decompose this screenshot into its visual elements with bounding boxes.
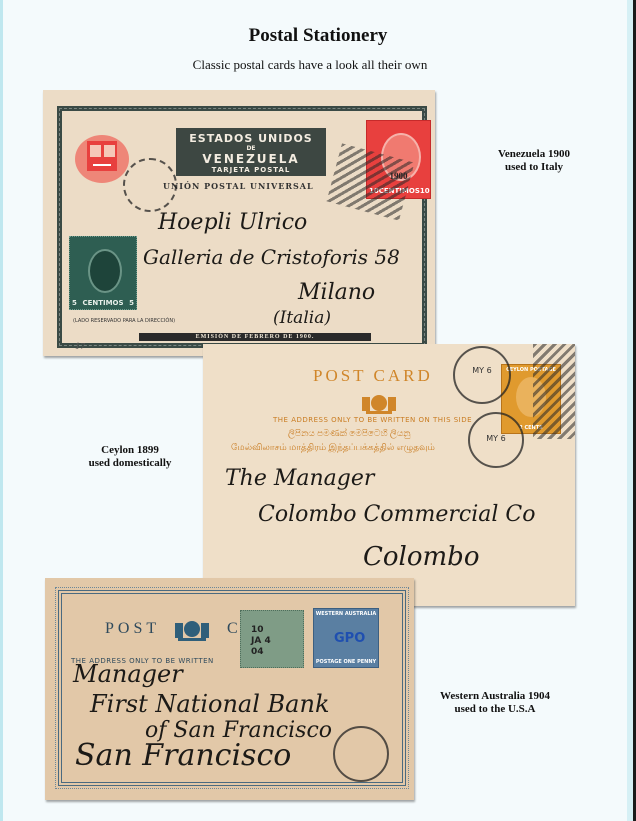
- duplex-cancel: [533, 344, 575, 439]
- caption-line-2: used to the U.S.A: [420, 703, 570, 716]
- address-line-3: Colombo: [363, 542, 479, 572]
- value-right: 5: [129, 299, 134, 307]
- postmark-date: MY 6: [470, 434, 522, 443]
- postmark-line-3: 04: [251, 647, 271, 658]
- stamp-postmark: 10 JA 4 04: [251, 625, 271, 658]
- page-subtitle: Classic postal cards have a look all the…: [0, 57, 620, 73]
- imprinted-stamp: WESTERN AUSTRALIA GPO POSTAGE ONE PENNY: [313, 608, 379, 668]
- added-stamp: 5 CENTIMOS 5: [69, 236, 137, 310]
- address-line-3: Milano: [298, 280, 375, 305]
- value-left: 5: [72, 299, 77, 307]
- issue-line: EMISIÓN DE FEBRERO DE 1900.: [139, 333, 371, 341]
- banner-line-4: TARJETA POSTAL: [176, 166, 326, 174]
- caption-line-1: Western Australia 1904: [420, 690, 570, 703]
- postmark-line-2: JA 4: [251, 636, 271, 647]
- postmark-line-1: 10: [251, 625, 271, 636]
- portrait-icon: [88, 249, 122, 293]
- venezuela-postal-card: ESTADOS UNIDOS DE VENEZUELA TARJETA POST…: [43, 90, 435, 356]
- banner-line-2: DE: [176, 145, 326, 152]
- coat-of-arms-icon: [73, 125, 131, 185]
- address-note: (LADO RESERVADO PARA LA DIRECCIÓN): [73, 318, 175, 324]
- address-line-2: First National Bank: [90, 690, 329, 718]
- address-line-1: The Manager: [225, 466, 374, 491]
- stamp-value: POSTAGE ONE PENNY: [314, 659, 378, 665]
- caption-ceylon: Ceylon 1899 used domestically: [60, 444, 200, 470]
- address-line-4: San Francisco: [75, 738, 291, 773]
- caption-line-1: Ceylon 1899: [60, 444, 200, 457]
- sinhala-instruction: ලිපිනය පමණක් මෙපිටෙහි ලියනු: [288, 428, 411, 439]
- postmark: [123, 158, 177, 212]
- caption-line-2: used domestically: [60, 457, 200, 470]
- postmark-date: MY 6: [455, 366, 509, 375]
- card-heading-right: C: [227, 620, 238, 638]
- receiving-postmark: [333, 726, 389, 782]
- address-instruction: THE ADDRESS ONLY TO BE WRITTEN ON THIS S…: [273, 416, 472, 424]
- western-australia-postal-card: POST C THE ADDRESS ONLY TO BE WRITTEN 10…: [45, 578, 414, 800]
- page-left-edge: [0, 0, 3, 821]
- postmark-top: MY 6: [453, 346, 511, 404]
- added-stamp: 10 JA 4 04: [240, 610, 304, 668]
- stamp-cancel: GPO: [334, 631, 365, 646]
- caption-venezuela: Venezuela 1900 used to Italy: [470, 148, 598, 174]
- pencil-note: 17: [75, 342, 85, 351]
- banner-line-3: VENEZUELA: [176, 152, 326, 166]
- postmark-bottom: MY 6: [468, 412, 524, 468]
- upu-text: UNIÓN POSTAL UNIVERSAL: [163, 181, 314, 191]
- address-line-4: (Italia): [273, 308, 331, 328]
- banner-line-1: ESTADOS UNIDOS: [176, 128, 326, 145]
- royal-crest-icon: [172, 615, 212, 643]
- address-line-2: Galleria de Cristoforis 58: [143, 245, 400, 269]
- card-heading-left: POST: [105, 620, 160, 638]
- stamp-value: 5 CENTIMOS 5: [72, 299, 134, 307]
- caption-line-2: used to Italy: [470, 161, 598, 174]
- value-right: 10: [420, 187, 430, 195]
- royal-crest-icon: [358, 389, 400, 415]
- address-line-1: Manager: [73, 660, 183, 688]
- stamp-header: WESTERN AUSTRALIA: [314, 611, 378, 617]
- ceylon-postal-card: POST CARD THE ADDRESS ONLY TO BE WRITTEN…: [203, 344, 575, 606]
- caption-line-1: Venezuela 1900: [470, 148, 598, 161]
- address-line-2: Colombo Commercial Co: [258, 502, 535, 527]
- page-title: Postal Stationery: [0, 25, 636, 47]
- caption-western-australia: Western Australia 1904 used to the U.S.A: [420, 690, 570, 716]
- card-heading: POST CARD: [313, 366, 433, 386]
- address-line-1: Hoepli Ulrico: [158, 210, 307, 235]
- title-banner: ESTADOS UNIDOS DE VENEZUELA TARJETA POST…: [176, 128, 326, 176]
- tamil-instruction: மேல்விலாசம் மாத்திரம் இந்தப்பக்கத்தில் எ…: [231, 442, 435, 454]
- value-center: CENTIMOS: [82, 299, 123, 307]
